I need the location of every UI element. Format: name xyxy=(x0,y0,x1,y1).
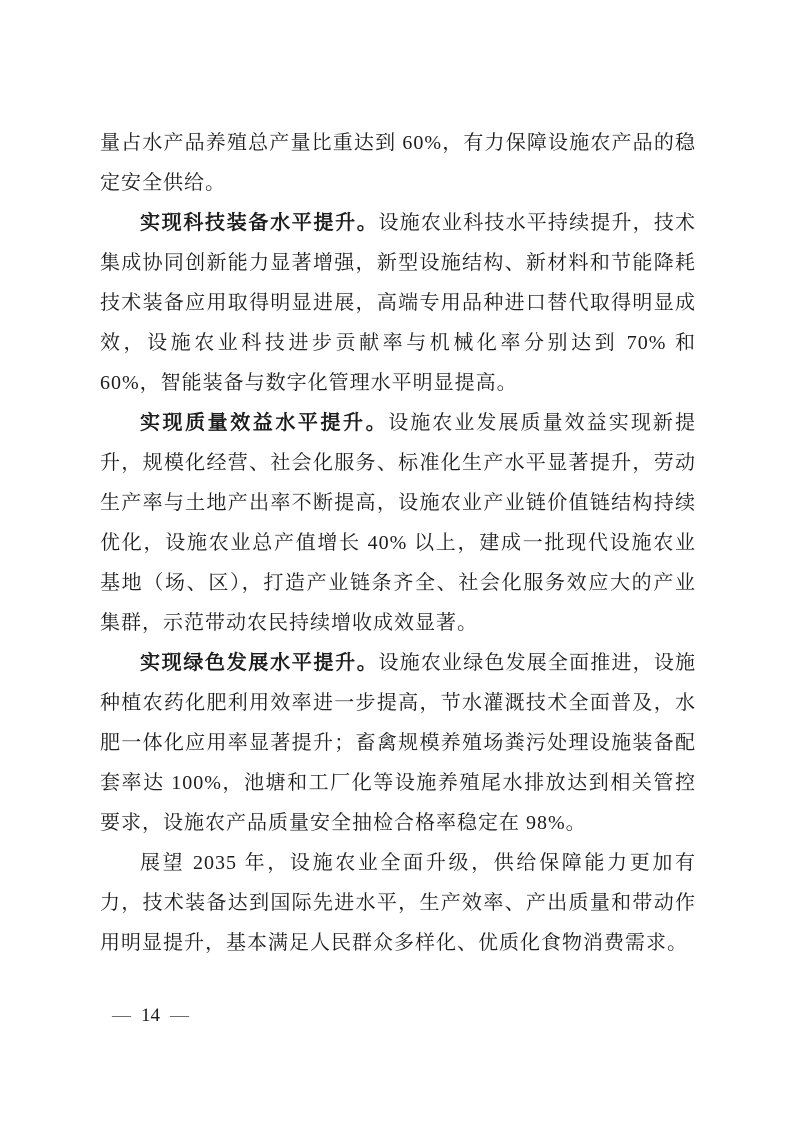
paragraph-text: 展望 2035 年，设施农业全面升级，供给保障能力更加有力，技术装备达到国际先进… xyxy=(100,852,696,954)
paragraph-lead: 实现绿色发展水平提升。 xyxy=(140,652,378,674)
paragraph-tech-equipment: 实现科技装备水平提升。设施农业科技水平持续提升，技术集成协同创新能力显著增强，新… xyxy=(100,203,696,403)
paragraph-text: 设施农业绿色发展全面推进，设施种植农药化肥利用效率进一步提高，节水灌溉技术全面普… xyxy=(100,652,696,834)
paragraph-outlook-2035: 展望 2035 年，设施农业全面升级，供给保障能力更加有力，技术装备达到国际先进… xyxy=(100,843,696,963)
document-body: 量占水产品养殖总产量比重达到 60%，有力保障设施农产品的稳定安全供给。 实现科… xyxy=(100,123,696,963)
paragraph-text: 设施农业发展质量效益实现新提升，规模化经营、社会化服务、标准化生产水平显著提升，… xyxy=(100,412,696,634)
paragraph-lead: 实现科技装备水平提升。 xyxy=(140,212,378,234)
footer-left-dash: — xyxy=(112,1005,131,1026)
paragraph-green-development: 实现绿色发展水平提升。设施农业绿色发展全面推进，设施种植农药化肥利用效率进一步提… xyxy=(100,643,696,843)
page-number: 14 xyxy=(131,1005,170,1026)
footer-right-dash: — xyxy=(170,1005,189,1026)
paragraph-lead: 实现质量效益水平提升。 xyxy=(140,412,388,434)
page-footer: —14— xyxy=(112,1002,189,1030)
paragraph-text: 量占水产品养殖总产量比重达到 60%，有力保障设施农产品的稳定安全供给。 xyxy=(100,132,696,194)
paragraph-supply-guarantee: 量占水产品养殖总产量比重达到 60%，有力保障设施农产品的稳定安全供给。 xyxy=(100,123,696,203)
paragraph-text: 设施农业科技水平持续提升，技术集成协同创新能力显著增强，新型设施结构、新材料和节… xyxy=(100,212,696,394)
document-page: 量占水产品养殖总产量比重达到 60%，有力保障设施农产品的稳定安全供给。 实现科… xyxy=(0,0,794,1123)
paragraph-quality-benefit: 实现质量效益水平提升。设施农业发展质量效益实现新提升，规模化经营、社会化服务、标… xyxy=(100,403,696,643)
